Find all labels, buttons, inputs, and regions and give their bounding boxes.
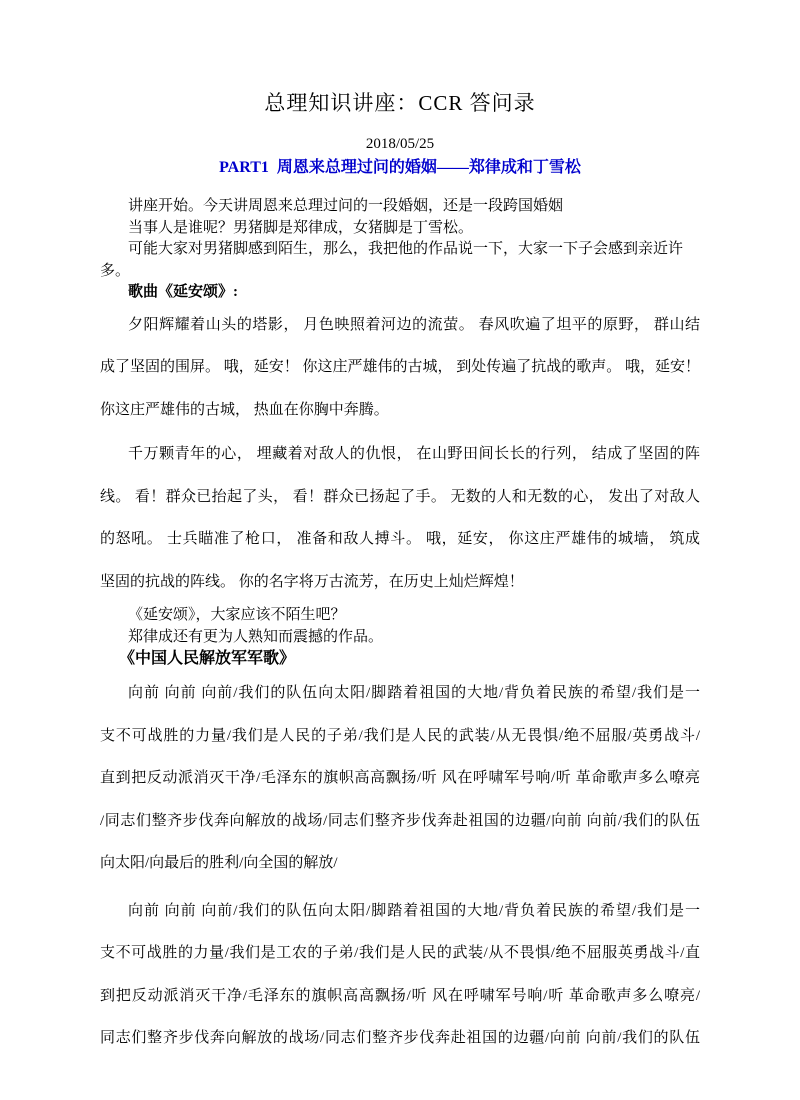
lyrics-line: 直到把反动派消灭干净/毛泽东的旗帜高高飘扬/听 风在呼啸军号响/听 革命歌声多么… bbox=[100, 757, 700, 800]
intro-line: 讲座开始。今天讲周恩来总理过问的一段婚姻，还是一段跨国婚姻 bbox=[100, 196, 700, 218]
document-content: 总理知识讲座：CCR 答问录 2018/05/25 PART1 周恩来总理过问的… bbox=[100, 90, 700, 1060]
lyrics-line: 支不可战胜的力量/我们是工农的子弟/我们是人民的武装/从不畏惧/绝不屈服英勇战斗… bbox=[100, 932, 700, 975]
poem-line: 成了坚固的围屏。 哦，延安！ 你这庄严雄伟的古城， 到处传遍了抗战的歌声。 哦，… bbox=[100, 346, 700, 389]
lyrics-line: 向前 向前 向前/我们的队伍向太阳/脚踏着祖国的大地/背负着民族的希望/我们是一 bbox=[100, 672, 700, 715]
intro-line: 可能大家对男猪脚感到陌生，那么，我把他的作品说一下，大家一下子会感到亲近许多。 bbox=[100, 239, 700, 282]
intro-line: 当事人是谁呢？男猪脚是郑律成，女猪脚是丁雪松。 bbox=[100, 218, 700, 240]
poem-line: 线。 看！群众已抬起了头， 看！群众已扬起了手。 无数的人和无数的心， 发出了对… bbox=[100, 476, 700, 519]
middle-line: 郑律成还有更为人熟知而震撼的作品。 bbox=[100, 627, 700, 649]
poem-line: 千万颗青年的心， 埋藏着对敌人的仇恨， 在山野田间长长的行列， 结成了坚固的阵 bbox=[100, 433, 700, 476]
lyrics-line: 向太阳/向最后的胜利/向全国的解放/ bbox=[100, 842, 700, 885]
lyrics-line: 同志们整齐步伐奔向解放的战场/同志们整齐步伐奔赴祖国的边疆/向前 向前/我们的队… bbox=[100, 1017, 700, 1060]
middle-section: 《延安颂》，大家应该不陌生吧？ 郑律成还有更为人熟知而震撼的作品。 《中国人民解… bbox=[100, 605, 700, 670]
song-label-pla-anthem: 《中国人民解放军军歌》 bbox=[100, 648, 700, 670]
yanan-song-verse-2: 千万颗青年的心， 埋藏着对敌人的仇恨， 在山野田间长长的行列， 结成了坚固的阵 … bbox=[100, 433, 700, 603]
middle-line: 《延安颂》，大家应该不陌生吧？ bbox=[100, 605, 700, 627]
part-heading: PART1 周恩来总理过问的婚姻——郑律成和丁雪松 bbox=[100, 157, 700, 179]
lyrics-line: 到把反动派消灭干净/毛泽东的旗帜高高飘扬/听 风在呼啸军号响/听 革命歌声多么嘹… bbox=[100, 975, 700, 1018]
poem-line: 夕阳辉耀着山头的塔影， 月色映照着河边的流萤。 春风吹遍了坦平的原野， 群山结 bbox=[100, 304, 700, 347]
lyrics-line: 支不可战胜的力量/我们是人民的子弟/我们是人民的武装/从无畏惧/绝不屈服/英勇战… bbox=[100, 715, 700, 758]
document-title: 总理知识讲座：CCR 答问录 bbox=[100, 90, 700, 116]
yanan-song-verse-1: 夕阳辉耀着山头的塔影， 月色映照着河边的流萤。 春风吹遍了坦平的原野， 群山结 … bbox=[100, 304, 700, 432]
lyrics-line: /同志们整齐步伐奔向解放的战场/同志们整齐步伐奔赴祖国的边疆/向前 向前/我们的… bbox=[100, 800, 700, 843]
poem-line: 你这庄严雄伟的古城， 热血在你胸中奔腾。 bbox=[100, 389, 700, 432]
intro-section: 讲座开始。今天讲周恩来总理过问的一段婚姻，还是一段跨国婚姻 当事人是谁呢？男猪脚… bbox=[100, 196, 700, 304]
pla-anthem-verse-2: 向前 向前 向前/我们的队伍向太阳/脚踏着祖国的大地/背负着民族的希望/我们是一… bbox=[100, 890, 700, 1060]
document-date: 2018/05/25 bbox=[100, 134, 700, 154]
poem-line: 坚固的抗战的阵线。 你的名字将万古流芳，在历史上灿烂辉煌！ bbox=[100, 561, 700, 604]
document-page: 总理知识讲座：CCR 答问录 2018/05/25 PART1 周恩来总理过问的… bbox=[0, 0, 800, 1100]
poem-line: 的怒吼。 士兵瞄准了枪口， 准备和敌人搏斗。 哦，延安， 你这庄严雄伟的城墙， … bbox=[100, 518, 700, 561]
song-label-yanan-song: 歌曲《延安颂》: bbox=[100, 282, 700, 304]
lyrics-line: 向前 向前 向前/我们的队伍向太阳/脚踏着祖国的大地/背负着民族的希望/我们是一 bbox=[100, 890, 700, 933]
pla-anthem-verse-1: 向前 向前 向前/我们的队伍向太阳/脚踏着祖国的大地/背负着民族的希望/我们是一… bbox=[100, 672, 700, 885]
